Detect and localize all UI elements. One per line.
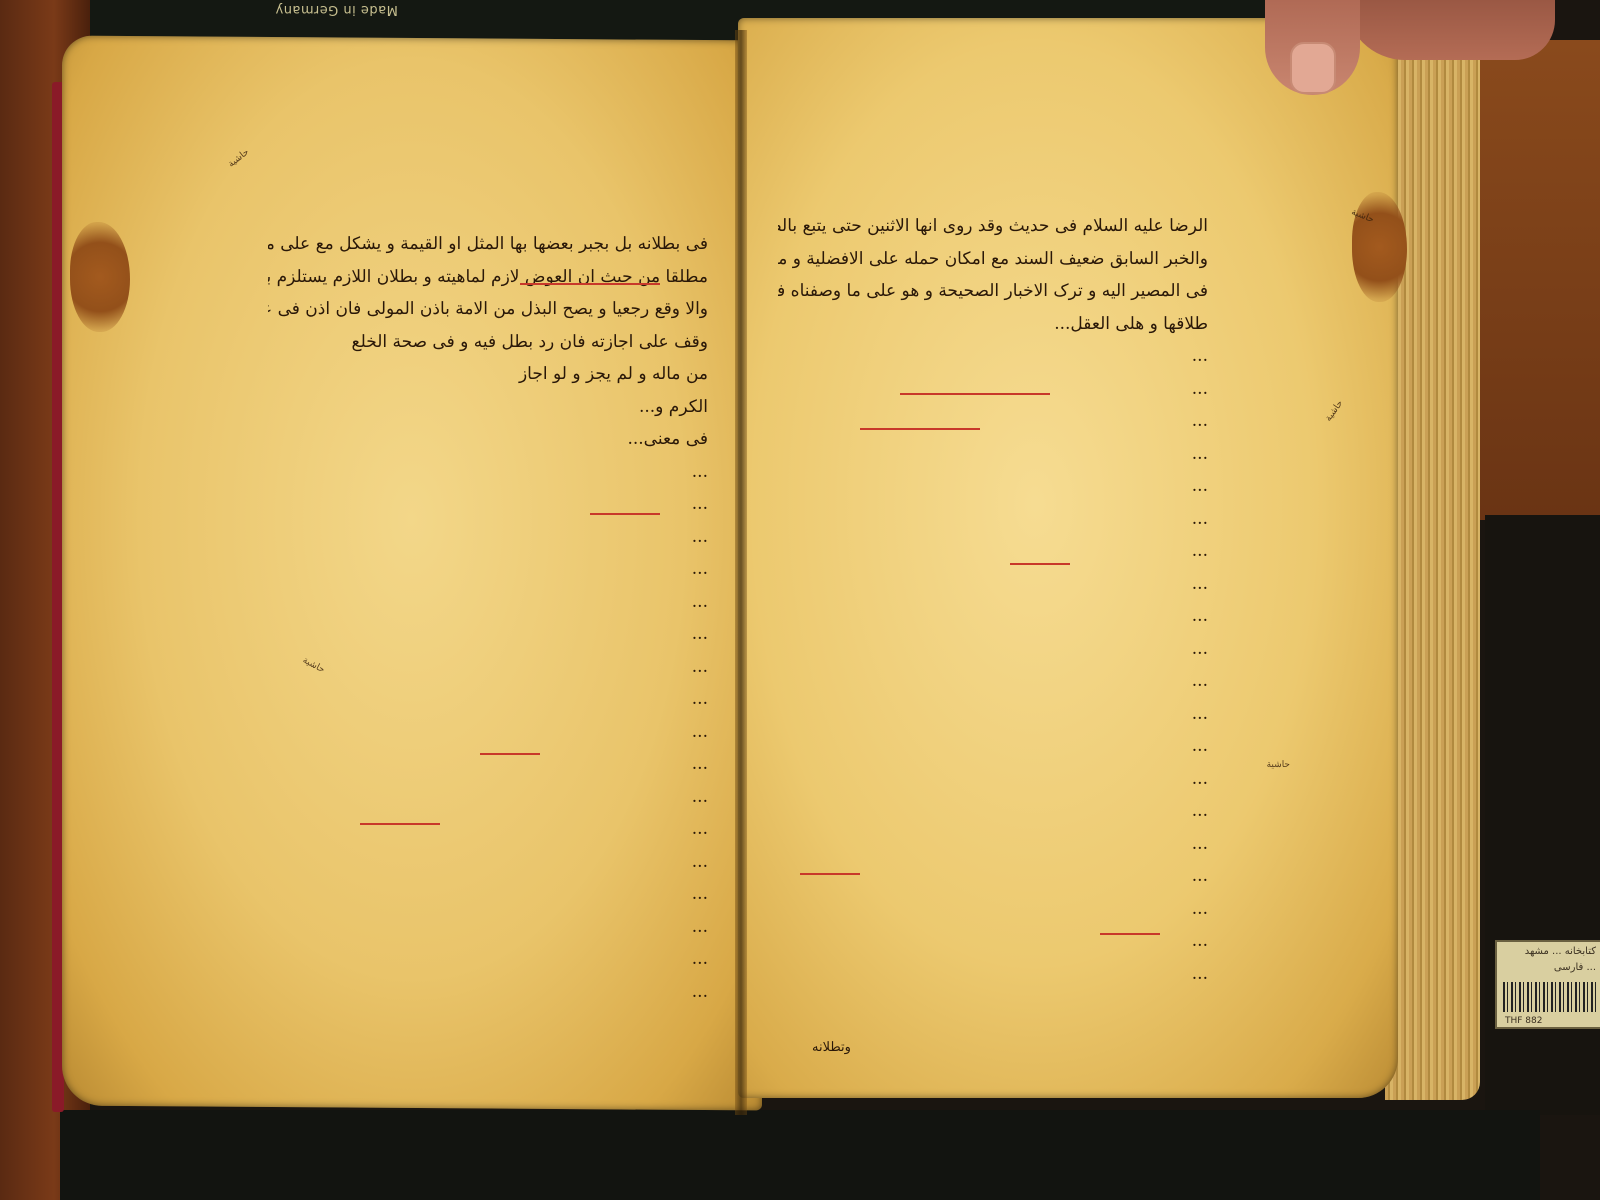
text-line: ... <box>268 618 708 651</box>
text-line: والخبر السابق ضعیف السند مع امکان حمله ع… <box>778 243 1208 276</box>
text-line: ... <box>778 795 1208 828</box>
catchword: وتطلانه <box>812 1040 851 1055</box>
text-line: ... <box>778 503 1208 536</box>
text-line: ... <box>778 828 1208 861</box>
text-line: ... <box>268 813 708 846</box>
text-line: فی معنی... <box>268 423 708 456</box>
text-line: ... <box>778 373 1208 406</box>
rubric-line <box>360 823 440 825</box>
label-text-2: ... فارسی <box>1497 962 1600 978</box>
hand <box>1345 0 1555 60</box>
text-line: ... <box>778 763 1208 796</box>
text-line: فی بطلانه بل بجبر بعضها بها المثل او الق… <box>268 228 708 261</box>
text-line: ... <box>778 730 1208 763</box>
text-line: الرضا علیه السلام فی حدیث وقد روی انها ا… <box>778 210 1208 243</box>
text-line: ... <box>268 521 708 554</box>
rubric-line <box>900 393 1050 395</box>
text-line: والا وقع رجعیا و یصح البذل من الامة باذن… <box>268 293 708 326</box>
rubric-line <box>480 753 540 755</box>
text-line: ... <box>268 911 708 944</box>
text-line: ... <box>268 651 708 684</box>
book-cradle-bottom <box>60 1110 1540 1200</box>
text-line: ... <box>268 456 708 489</box>
text-line: ... <box>778 925 1208 958</box>
rubric-line <box>590 513 660 515</box>
water-stain-left <box>70 222 130 332</box>
rubric-line <box>860 428 980 430</box>
text-line: ... <box>778 958 1208 991</box>
book-gutter <box>735 30 747 1115</box>
text-line: ... <box>268 586 708 619</box>
margin-note-right-lower: حاشیة <box>1230 760 1290 771</box>
text-line: وقف علی اجازته فان رد بطل فیه و فی صحة ا… <box>268 326 708 359</box>
text-line: ... <box>778 698 1208 731</box>
text-line: مطلقا من حیث ان العوض لازم لماهیته و بطل… <box>268 261 708 294</box>
text-line: ... <box>268 976 708 1009</box>
text-line: ... <box>268 683 708 716</box>
barcode-id: THF 882 <box>1497 1016 1600 1026</box>
rubric-line <box>520 283 660 285</box>
text-line: الکرم و... <box>268 391 708 424</box>
text-line: ... <box>778 405 1208 438</box>
text-line: ... <box>778 470 1208 503</box>
library-label: کتابخانه ... مشهد ... فارسی THF 882 <box>1495 940 1600 1029</box>
rubric-line <box>1100 933 1160 935</box>
label-text-1: کتابخانه ... مشهد <box>1497 942 1600 962</box>
page-block-edge <box>1385 40 1480 1100</box>
barcode-icon <box>1503 982 1596 1012</box>
text-line: ... <box>778 893 1208 926</box>
text-line: ... <box>268 716 708 749</box>
text-line: طلاقها و هلی العقل... <box>778 308 1208 341</box>
text-line: ... <box>268 781 708 814</box>
left-page-text-block: فی بطلانه بل بجبر بعضها بها المثل او الق… <box>268 228 708 1008</box>
text-line: ... <box>778 568 1208 601</box>
thumbnail <box>1290 42 1336 94</box>
text-line: ... <box>778 860 1208 893</box>
text-line: ... <box>778 600 1208 633</box>
water-stain-right <box>1352 192 1407 302</box>
rubric-line <box>800 873 860 875</box>
text-line: ... <box>778 340 1208 373</box>
rubric-line <box>1010 563 1070 565</box>
text-line: ... <box>268 878 708 911</box>
wooden-table-right <box>1460 40 1600 520</box>
text-line: ... <box>268 943 708 976</box>
text-line: ... <box>268 553 708 586</box>
text-line: ... <box>778 633 1208 666</box>
text-line: فی المصیر الیه و ترک الاخبار الصحیحة و ه… <box>778 275 1208 308</box>
text-line: ... <box>778 665 1208 698</box>
made-in-germany-stamp: Made in Germany <box>275 2 398 17</box>
text-line: ... <box>778 535 1208 568</box>
text-line: ... <box>268 488 708 521</box>
text-line: من ماله و لم یجز و لو اجاز <box>268 358 708 391</box>
text-line: ... <box>778 438 1208 471</box>
text-line: ... <box>268 846 708 879</box>
